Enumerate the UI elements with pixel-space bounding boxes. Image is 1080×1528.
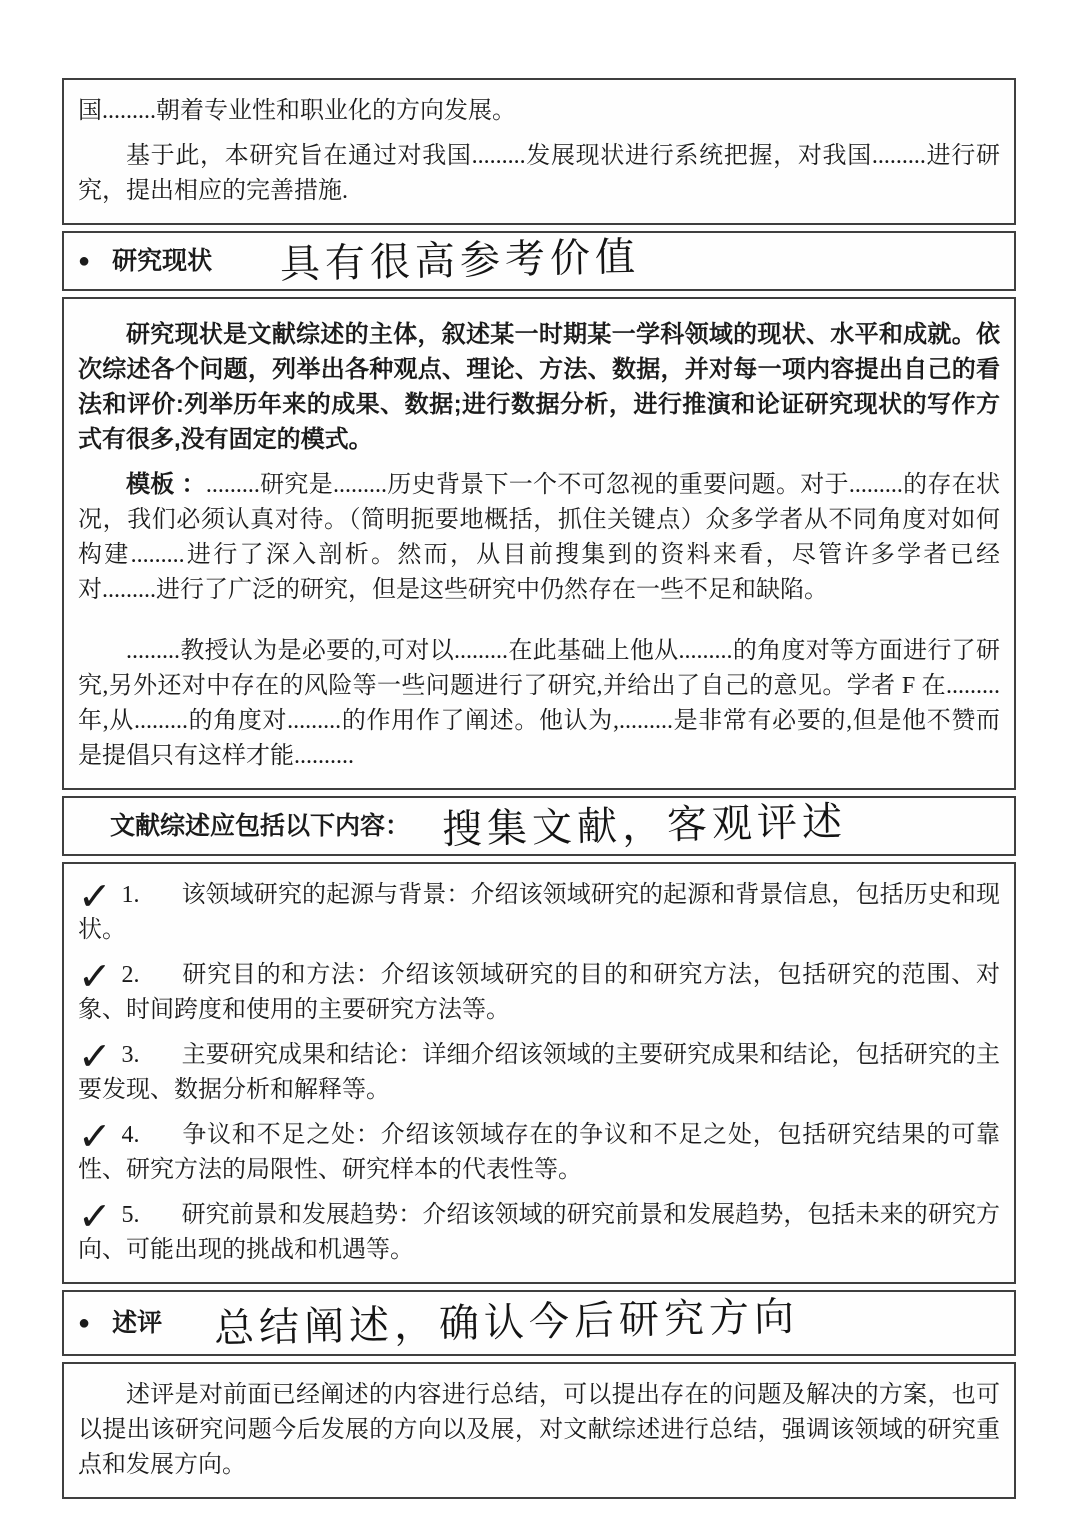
checkmark-icon: ✓ bbox=[78, 1056, 111, 1057]
section-header-research-status: ● 研究现状 具有很高参考价值 bbox=[62, 231, 1016, 291]
commentary-paragraph: 述评是对前面已经阐述的内容进行总结，可以提出存在的问题及解决的方案，也可以提出该… bbox=[78, 1378, 1000, 1483]
item-text: 争议和不足之处：介绍该领域存在的争议和不足之处，包括研究结果的可靠性、研究方法的… bbox=[78, 1122, 1000, 1183]
document-table: 国.........朝着专业性和职业化的方向发展。 基于此，本研究旨在通过对我国… bbox=[62, 78, 1016, 1499]
intro-paragraph-purpose: 基于此，本研究旨在通过对我国.........发展现状进行系统把握，对我国...… bbox=[78, 139, 1000, 209]
checklist-item-5: ✓5.研究前景和发展趋势：介绍该领域的研究前景和发展趋势，包括未来的研究方向、可… bbox=[78, 1198, 1000, 1268]
handwritten-note-commentary: 总结阐述，确认今后研究方向 bbox=[214, 1295, 800, 1351]
checklist-item-1: ✓1.该领域研究的起源与背景：介绍该领域研究的起源和背景信息，包括历史和现状。 bbox=[78, 878, 1000, 948]
checkmark-icon: ✓ bbox=[78, 1136, 111, 1137]
research-status-description: 研究现状是文献综述的主体，叙述某一时期某一学科领域的现状、水平和成就。依次综述各… bbox=[78, 317, 1000, 457]
scholars-paragraph: .........教授认为是必要的,可对以.........在此基础上他从...… bbox=[78, 634, 1000, 774]
section-title-commentary: 述评 bbox=[112, 1306, 162, 1341]
item-number: 3. bbox=[122, 1042, 140, 1068]
checkmark-icon: ✓ bbox=[78, 976, 111, 977]
document-page: 国.........朝着专业性和职业化的方向发展。 基于此，本研究旨在通过对我国… bbox=[0, 0, 1080, 1528]
item-number: 5. bbox=[122, 1202, 140, 1228]
template-body: .........研究是.........历史背景下一个不可忽视的重要问题。对于… bbox=[78, 472, 1000, 603]
bullet-icon: ● bbox=[78, 251, 90, 271]
checklist-item-4: ✓4.争议和不足之处：介绍该领域存在的争议和不足之处，包括研究结果的可靠性、研究… bbox=[78, 1118, 1000, 1188]
commentary-body-box: 述评是对前面已经阐述的内容进行总结，可以提出存在的问题及解决的方案，也可以提出该… bbox=[62, 1362, 1016, 1499]
item-number: 4. bbox=[122, 1122, 140, 1148]
intro-paragraph-continuation: 国.........朝着专业性和职业化的方向发展。 bbox=[78, 94, 1000, 129]
research-status-body-box: 研究现状是文献综述的主体，叙述某一时期某一学科领域的现状、水平和成就。依次综述各… bbox=[62, 297, 1016, 790]
checkmark-icon: ✓ bbox=[78, 896, 111, 897]
bullet-icon: ● bbox=[78, 1313, 90, 1333]
item-number: 2. bbox=[122, 962, 140, 988]
handwritten-note-review-contents: 搜集文献，客观评述 bbox=[442, 800, 848, 852]
item-text: 研究前景和发展趋势：介绍该领域的研究前景和发展趋势，包括未来的研究方向、可能出现… bbox=[78, 1202, 1000, 1263]
checklist-item-2: ✓2.研究目的和方法：介绍该领域研究的目的和研究方法，包括研究的范围、对象、时间… bbox=[78, 958, 1000, 1028]
item-text: 研究目的和方法：介绍该领域研究的目的和研究方法，包括研究的范围、对象、时间跨度和… bbox=[78, 962, 1000, 1023]
section-title-review-contents: 文献综述应包括以下内容： bbox=[110, 809, 410, 844]
section-header-review-contents: 文献综述应包括以下内容： 搜集文献，客观评述 bbox=[62, 796, 1016, 856]
item-text: 该领域研究的起源与背景：介绍该领域研究的起源和背景信息，包括历史和现状。 bbox=[78, 882, 1000, 943]
handwritten-note-research-status: 具有很高参考价值 bbox=[280, 235, 641, 287]
checkmark-icon: ✓ bbox=[78, 1216, 111, 1217]
intro-text-box: 国.........朝着专业性和职业化的方向发展。 基于此，本研究旨在通过对我国… bbox=[62, 78, 1016, 225]
section-header-commentary: ● 述评 总结阐述，确认今后研究方向 bbox=[62, 1290, 1016, 1356]
template-label: 模板 ： bbox=[126, 471, 206, 498]
item-number: 1. bbox=[122, 882, 140, 908]
section-title-research-status: 研究现状 bbox=[112, 244, 212, 279]
checklist-item-3: ✓3.主要研究成果和结论：详细介绍该领域的主要研究成果和结论，包括研究的主要发现… bbox=[78, 1038, 1000, 1108]
item-text: 主要研究成果和结论：详细介绍该领域的主要研究成果和结论，包括研究的主要发现、数据… bbox=[78, 1042, 1000, 1103]
checklist-box: ✓1.该领域研究的起源与背景：介绍该领域研究的起源和背景信息，包括历史和现状。 … bbox=[62, 862, 1016, 1284]
template-paragraph: 模板 ：.........研究是.........历史背景下一个不可忽视的重要问… bbox=[78, 467, 1000, 608]
